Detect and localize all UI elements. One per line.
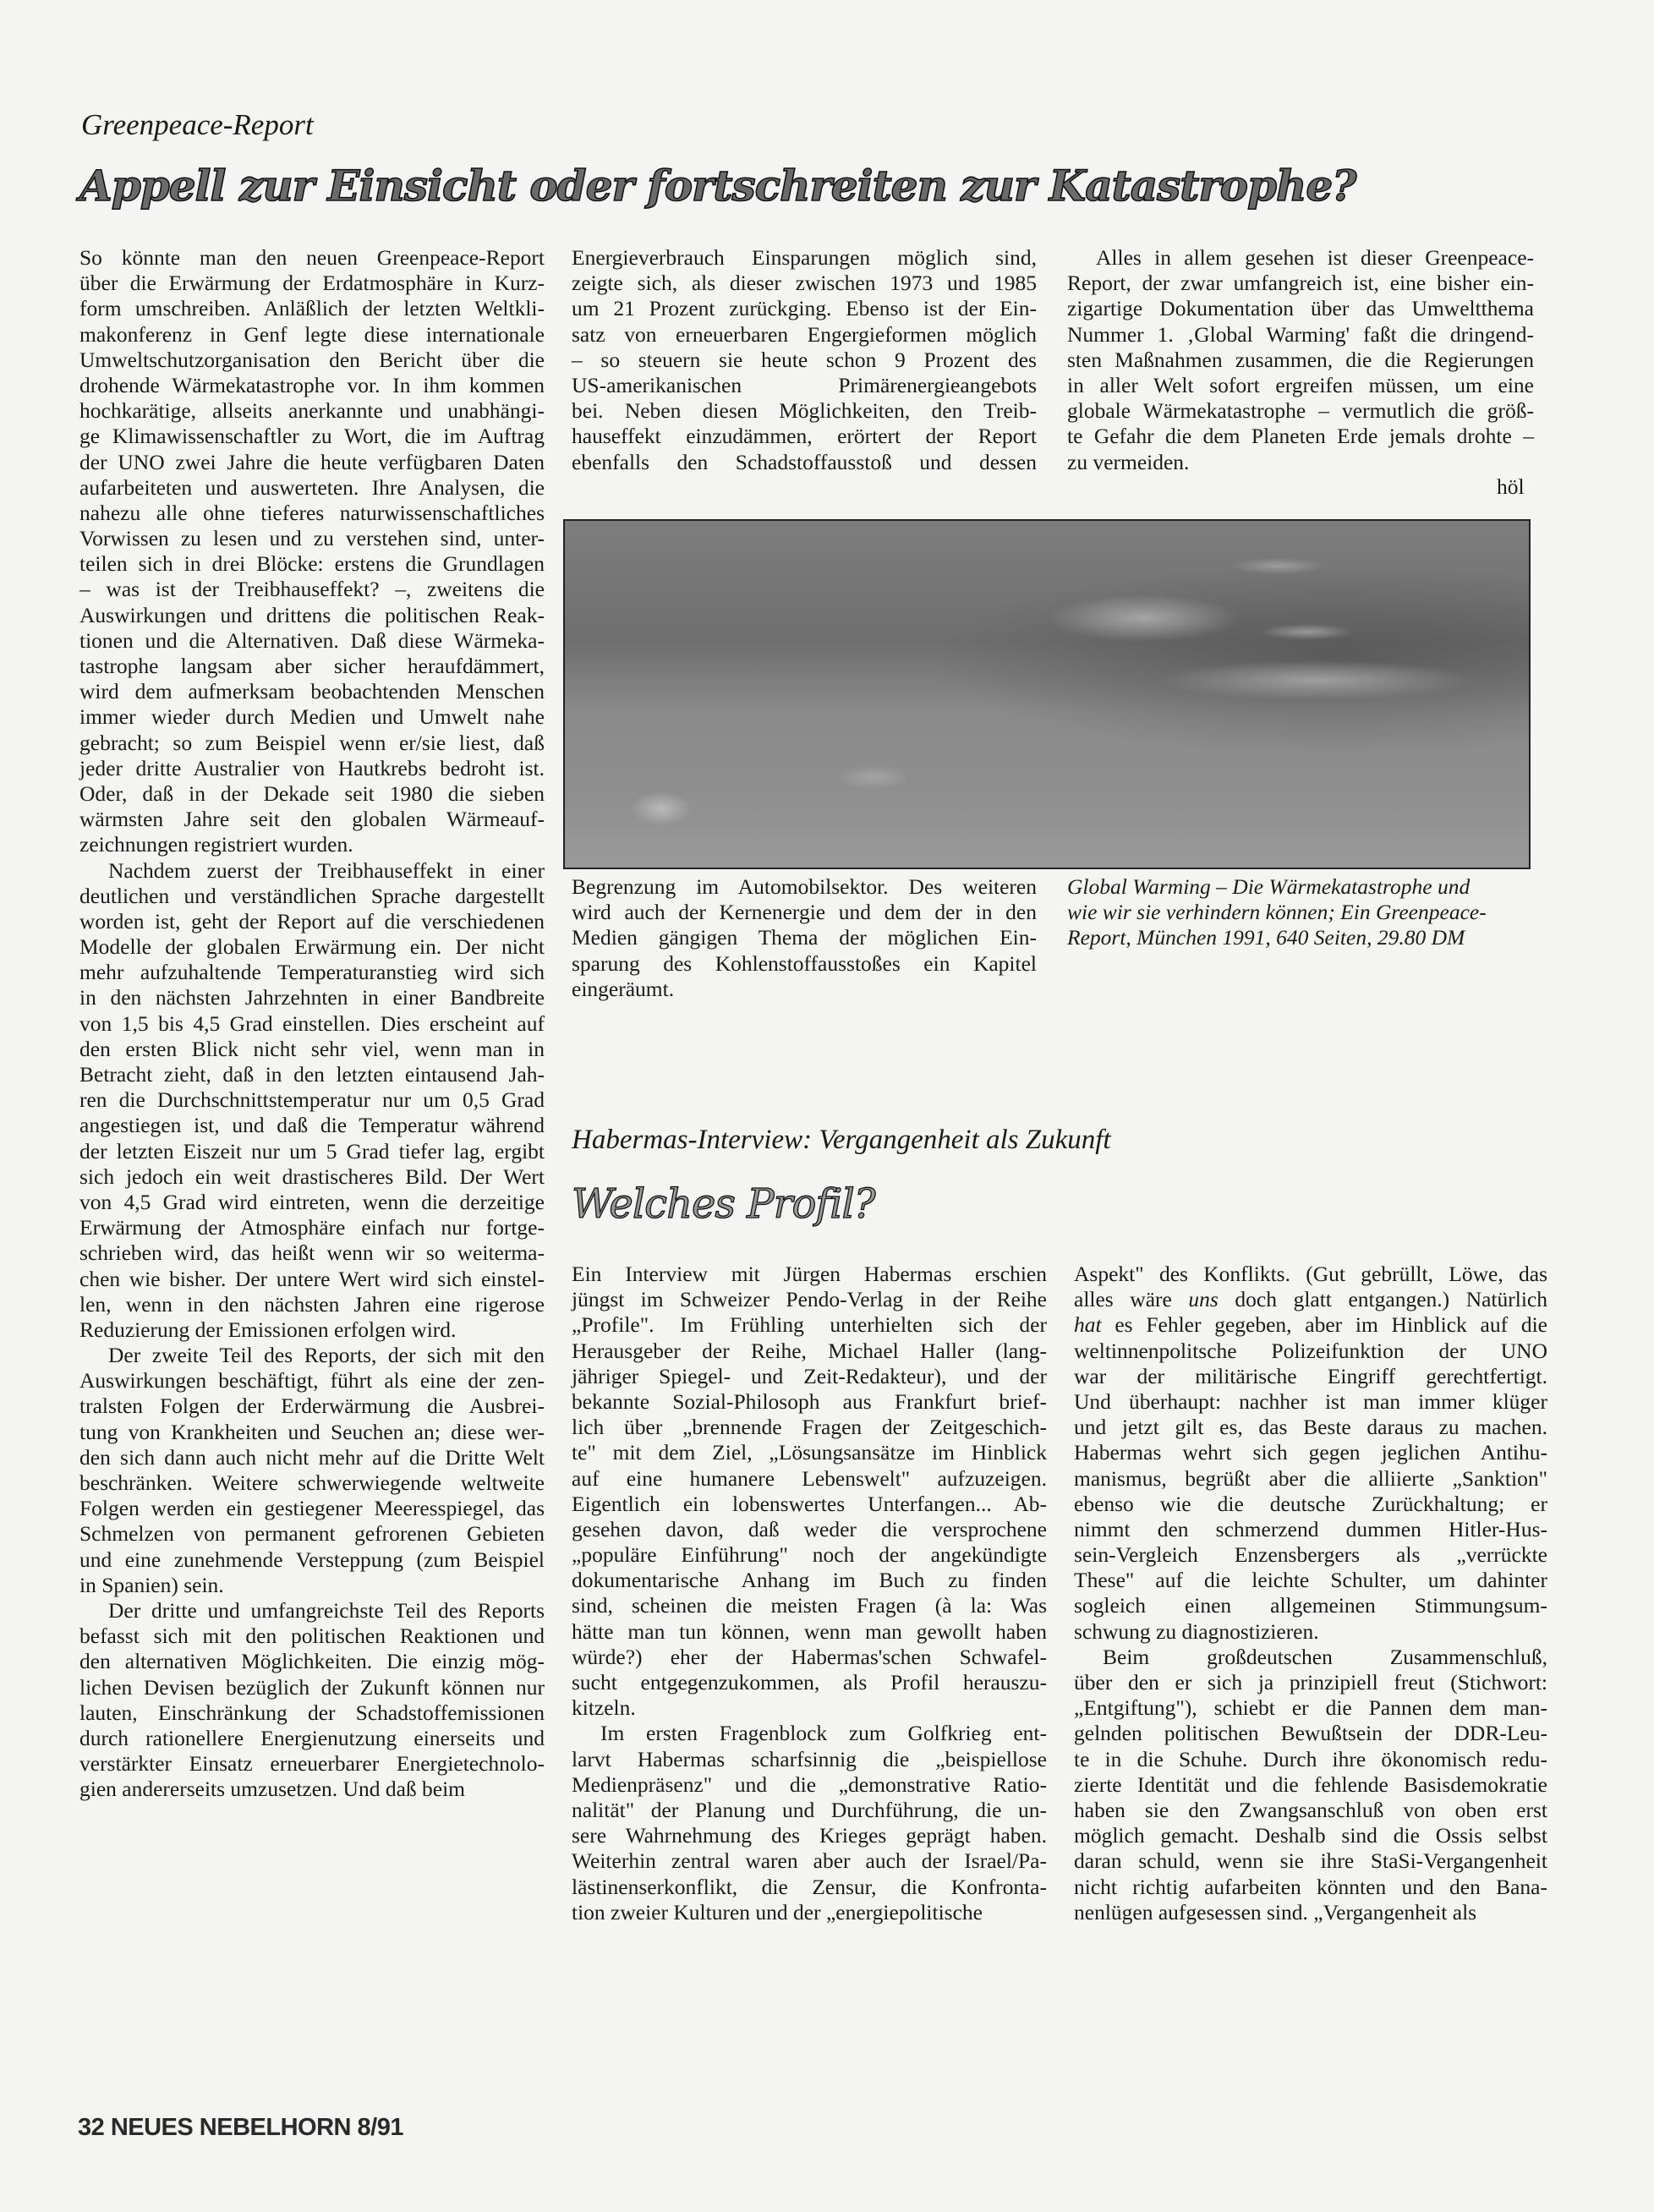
text-line: tralsten Folgen der Erderwärmung die Aus…	[79, 1393, 545, 1419]
text-line: sind, scheinen die meisten Fragen (à la:…	[572, 1593, 1047, 1618]
text-line: bekannte Sozial-Philosoph aus Frankfurt …	[572, 1389, 1047, 1415]
text-line: „Entgiftung"), schiebt er die Pannen dem…	[1074, 1695, 1547, 1721]
text-line: sere Wahrnehmung des Krieges geprägt hab…	[572, 1823, 1047, 1848]
text-line: Nummer 1. ‚Global Warming' faßt die drin…	[1067, 322, 1534, 348]
text-line: te in die Schuhe. Durch ihre ökonomisch …	[1074, 1747, 1547, 1772]
text-line: Reduzierung der Emissionen erfolgen wird…	[79, 1317, 545, 1343]
caption-line: Report, München 1991, 640 Seiten, 29.80 …	[1067, 925, 1541, 950]
text-line: sten Maßnahmen zusammen, die die Regieru…	[1067, 348, 1534, 373]
text-line: würde?) eher der Habermas'schen Schwafel…	[572, 1645, 1047, 1670]
text-line: den sich dann auch nicht mehr auf die Dr…	[79, 1445, 545, 1470]
text-line: in aller Welt sofort ergreifen müssen, u…	[1067, 373, 1534, 398]
text-line: nahezu alle ohne tieferes naturwissensch…	[79, 501, 545, 526]
text-line: Beim großdeutschen Zusammenschluß,	[1074, 1645, 1547, 1670]
text-line: manismus, begrüßt aber die alliierte „Sa…	[1074, 1466, 1547, 1492]
text-line: durch rationellere Energienutzung einers…	[79, 1726, 545, 1751]
text-line: dokumentarische Anhang im Buch zu finden	[572, 1568, 1047, 1593]
text-line: nalität" der Planung und Durchführung, d…	[572, 1798, 1047, 1823]
text-line: chen wie bisher. Der untere Wert wird si…	[79, 1267, 545, 1292]
author-initials: höl	[1497, 474, 1525, 500]
text-line: tionen und die Alternativen. Daß diese W…	[79, 628, 545, 654]
article1-column-3-top: Alles in allem gesehen ist dieser Greenp…	[1067, 245, 1534, 475]
text-line: US-amerikanischen Primärenergieangebots	[572, 373, 1037, 398]
text-line: Alles in allem gesehen ist dieser Greenp…	[1067, 245, 1534, 271]
text-line: schwung zu diagnostizieren.	[1074, 1619, 1547, 1645]
article1-column-1: So könnte man den neuen Greenpeace-Repor…	[79, 245, 545, 1802]
text-line: Energieverbrauch Einsparungen möglich si…	[572, 245, 1037, 271]
text-line: Aspekt" des Konflikts. (Gut gebrüllt, Lö…	[1074, 1262, 1547, 1287]
text-line: sparung des Kohlenstoffausstoßes ein Kap…	[572, 951, 1037, 977]
text-line: deutlichen und verständlichen Sprache da…	[79, 884, 545, 909]
issue-number: 8/91	[358, 2114, 403, 2141]
text-line: Eigentlich ein lobenswertes Unterfangen.…	[572, 1492, 1047, 1517]
text-line: mehr aufzuhaltende Temperaturanstieg wir…	[79, 960, 545, 985]
text-line: larvt Habermas scharfsinnig die „beispie…	[572, 1747, 1047, 1772]
text-line: nicht richtig aufarbeiten könnten und de…	[1074, 1875, 1547, 1900]
text-line: globale Wärmekatastrophe – vermutlich di…	[1067, 398, 1534, 424]
text-line: auf eine humanere Lebenswelt" aufzuzeige…	[572, 1466, 1047, 1492]
text-line: Medienpräsenz" und die „demonstrative Ra…	[572, 1772, 1047, 1798]
text-line: wärmsten Jahre seit den globalen Wärmeau…	[79, 807, 545, 832]
text-line: angestiegen ist, und daß die Temperatur …	[79, 1113, 545, 1138]
text-line: Ein Interview mit Jürgen Habermas erschi…	[572, 1262, 1047, 1287]
text-line: te" mit dem Ziel, „Lösungsansätze im Hin…	[572, 1440, 1047, 1465]
text-line: len, wenn in den nächsten Jahren eine ri…	[79, 1292, 545, 1317]
text-line: jähriger Spiegel- und Zeit-Redakteur), u…	[572, 1364, 1047, 1389]
text-line: makonferenz in Genf legte diese internat…	[79, 322, 545, 348]
text-line: lich über „brennende Fragen der Zeitgesc…	[572, 1415, 1047, 1440]
text-line: Der zweite Teil des Reports, der sich mi…	[79, 1343, 545, 1368]
article1-kicker: Greenpeace-Report	[81, 108, 314, 142]
text-line: zierte Identität und die fehlende Basisd…	[1074, 1772, 1547, 1798]
text-line: über die Erwärmung der Erdatmosphäre in …	[79, 271, 545, 296]
text-line: Betracht zieht, daß in den letzten einta…	[79, 1062, 545, 1087]
magazine-name: NEUES NEBELHORN	[111, 2114, 351, 2141]
text-line: lästinenserkonflikt, die Zensur, die Kon…	[572, 1875, 1047, 1900]
text-line: war der militärische Eingriff gerechtfer…	[1074, 1364, 1547, 1389]
text-line: zeichnungen registriert wurden.	[79, 832, 545, 857]
text-line: der UNO zwei Jahre die heute verfügbaren…	[79, 450, 545, 475]
text-line: eingeräumt.	[572, 977, 1037, 1002]
text-line: Auswirkungen und drittens die politische…	[79, 603, 545, 628]
text-line: jüngst im Schweizer Pendo-Verlag in der …	[572, 1287, 1047, 1312]
article1-headline: Appell zur Einsicht oder fortschreiten z…	[79, 161, 1356, 211]
text-line: hauseffekt einzudämmen, erörtert der Rep…	[572, 424, 1037, 449]
text-line: ebenso wie die deutsche Zurückhaltung; e…	[1074, 1492, 1547, 1517]
text-line: weltinnenpolitsche Polizeifunktion der U…	[1074, 1339, 1547, 1364]
text-line: – was ist der Treibhauseffekt? –, zweite…	[79, 577, 545, 602]
text-line: Modelle der globalen Erwärmung ein. Der …	[79, 934, 545, 960]
text-line: tastrophe langsam aber sicher heraufdämm…	[79, 654, 545, 679]
text-line: in Spanien) sein.	[79, 1573, 545, 1598]
text-line: nenlügen aufgesessen sind. „Vergangenhei…	[1074, 1900, 1547, 1925]
text-line: sich jedoch ein weit drastischeres Bild.…	[79, 1164, 545, 1190]
text-line: wird dem aufmerksam beobachtenden Mensch…	[79, 679, 545, 704]
text-line: daran schuld, wenn sie ihre StaSi-Vergan…	[1074, 1848, 1547, 1874]
text-line: „Profile". Im Frühling unterhielten sich…	[572, 1312, 1047, 1338]
text-line: satz von erneuerbaren Engergieformen mög…	[572, 322, 1037, 348]
text-line: tung von Krankheiten und Seuchen an; die…	[79, 1420, 545, 1445]
article2-column-2: Ein Interview mit Jürgen Habermas erschi…	[572, 1262, 1047, 1925]
text-line: wird auch der Kernenergie und dem der in…	[572, 900, 1037, 925]
text-line: ge Klimawissenschaftler zu Wort, die im …	[79, 424, 545, 449]
text-line: gelnden politischen Bewußtsein der DDR-L…	[1074, 1721, 1547, 1746]
text-line: Medien gängigen Thema der möglichen Ein-	[572, 925, 1037, 950]
text-line: hat es Fehler gegeben, aber im Hinblick …	[1074, 1312, 1547, 1338]
text-line: drohende Wärmekatastrophe vor. In ihm ko…	[79, 373, 545, 398]
text-line: beschränken. Weitere schwerwiegende welt…	[79, 1470, 545, 1496]
text-line: befasst sich mit den politischen Reaktio…	[79, 1623, 545, 1649]
text-line: Folgen werden ein gestiegener Meeresspie…	[79, 1496, 545, 1521]
text-line: aufarbeiteten und auswerteten. Ihre Anal…	[79, 475, 545, 501]
text-line: zigartige Dokumentation über das Umweltt…	[1067, 296, 1534, 321]
caption-line: Global Warming – Die Wärmekatastrophe un…	[1067, 874, 1541, 900]
text-line: haben sie den Zwangsanschluß von oben er…	[1074, 1798, 1547, 1823]
text-line: Habermas wehrt sich gegen jeglichen Anti…	[1074, 1440, 1547, 1465]
text-line: jeder dritte Australier von Hautkrebs be…	[79, 756, 545, 781]
text-line: Weiterhin zentral waren aber auch der Is…	[572, 1848, 1047, 1874]
article1-column-2-top: Energieverbrauch Einsparungen möglich si…	[572, 245, 1037, 475]
text-line: Im ersten Fragenblock zum Golfkrieg ent-	[572, 1721, 1047, 1746]
text-line: gien andererseits umzusetzen. Und daß be…	[79, 1777, 545, 1802]
text-line: hochkarätige, allseits anerkannte und un…	[79, 398, 545, 424]
text-line: immer wieder durch Medien und Umwelt nah…	[79, 704, 545, 730]
text-line: von 1,5 bis 4,5 Grad einstellen. Dies er…	[79, 1011, 545, 1037]
text-line: verstärkter Einsatz erneuerbarer Energie…	[79, 1751, 545, 1777]
caption-line: wie wir sie verhindern können; Ein Green…	[1067, 900, 1541, 925]
text-line: ebenfalls den Schadstoffausstoß und dess…	[572, 450, 1037, 475]
text-line: den ersten Blick nicht sehr viel, wenn m…	[79, 1037, 545, 1062]
text-line: bei. Neben diesen Möglichkeiten, den Tre…	[572, 398, 1037, 424]
text-line: These" auf die leichte Schulter, um dahi…	[1074, 1568, 1547, 1593]
text-line: und eine zunehmende Versteppung (zum Bei…	[79, 1547, 545, 1573]
text-line: sogleich einen allgemeinen Stimmungsum-	[1074, 1593, 1547, 1618]
text-line: möglich gemacht. Deshalb sind die Ossis …	[1074, 1823, 1547, 1848]
text-line: über den er sich ja prinzipiell freut (S…	[1074, 1670, 1547, 1695]
article2-column-3: Aspekt" des Konflikts. (Gut gebrüllt, Lö…	[1074, 1262, 1547, 1925]
text-line: hätte man tun können, wenn man gewollt h…	[572, 1619, 1047, 1645]
text-line: Der dritte und umfangreichste Teil des R…	[79, 1598, 545, 1623]
text-line: worden ist, geht der Report auf die vers…	[79, 909, 545, 934]
text-line: form umschreiben. Anläßlich der letzten …	[79, 296, 545, 321]
text-line: te Gefahr die dem Planeten Erde jemals d…	[1067, 424, 1534, 449]
text-line: Umweltschutzorganisation den Bericht übe…	[79, 348, 545, 373]
text-line: zeigte sich, als dieser zwischen 1973 un…	[572, 271, 1037, 296]
text-line: Herausgeber der Reihe, Michael Haller (l…	[572, 1339, 1047, 1364]
text-line: von 4,5 Grad wird eintreten, wenn die de…	[79, 1190, 545, 1215]
text-line: alles wäre uns doch glatt entgangen.) Na…	[1074, 1287, 1547, 1312]
text-line: Erwärmung der Atmosphäre einfach nur for…	[79, 1215, 545, 1240]
text-line: Auswirkungen beschäftigt, führt als eine…	[79, 1368, 545, 1393]
page-number: 32	[78, 2114, 104, 2141]
text-line: ren die Durchschnittstemperatur nur um 0…	[79, 1087, 545, 1113]
text-line: So könnte man den neuen Greenpeace-Repor…	[79, 245, 545, 271]
text-line: sucht entgegenzukommen, als Profil herau…	[572, 1670, 1047, 1695]
text-line: Nachdem zuerst der Treibhauseffekt in ei…	[79, 858, 545, 884]
book-info-caption: Global Warming – Die Wärmekatastrophe un…	[1067, 874, 1541, 951]
text-line: nimmt den schmerzend dummen Hitler-Hus-	[1074, 1517, 1547, 1542]
text-line: schrieben wird, das heißt wenn wir so we…	[79, 1240, 545, 1266]
article2-kicker: Habermas-Interview: Vergangenheit als Zu…	[572, 1125, 1111, 1156]
text-line: lichen Devisen bezüglich der Zukunft kön…	[79, 1675, 545, 1700]
text-line: Vorwissen zu lesen und zu verstehen sind…	[79, 526, 545, 551]
text-line: sein-Vergleich Enzensbergers als „verrüc…	[1074, 1542, 1547, 1568]
text-line: den alternativen Möglichkeiten. Die einz…	[79, 1649, 545, 1674]
text-line: der letzten Eiszeit nur um 5 Grad tiefer…	[79, 1139, 545, 1164]
text-line: kitzeln.	[572, 1695, 1047, 1721]
text-line: und jetzt gilt es, das Beste daraus zu m…	[1074, 1415, 1547, 1440]
text-line: um 21 Prozent zurückging. Ebenso ist der…	[572, 296, 1037, 321]
text-line: tion zweier Kulturen und der „energiepol…	[572, 1900, 1047, 1925]
text-line: – so steuern sie heute schon 9 Prozent d…	[572, 348, 1037, 373]
text-line: Schmelzen von permanent gefrorenen Gebie…	[79, 1521, 545, 1547]
text-line: gesehen davon, daß weder die versprochen…	[572, 1517, 1047, 1542]
article1-column-2-bottom: Begrenzung im Automobilsektor. Des weite…	[572, 874, 1037, 1002]
text-line: Oder, daß in der Dekade seit 1980 die si…	[79, 781, 545, 807]
page-footer: 32 NEUES NEBELHORN 8/91	[78, 2114, 403, 2142]
text-line: „populäre Einführung" noch der angekündi…	[572, 1542, 1047, 1568]
text-line: teilen sich in drei Blöcke: erstens die …	[79, 551, 545, 577]
article2-headline: Welches Profil?	[572, 1180, 875, 1228]
text-line: gebracht; so zum Beispiel wenn er/sie li…	[79, 731, 545, 756]
text-line: Begrenzung im Automobilsektor. Des weite…	[572, 874, 1037, 900]
text-line: lauten, Einschränkung der Schadstoffemis…	[79, 1700, 545, 1726]
text-line: in den nächsten Jahrzehnten in einer Ban…	[79, 985, 545, 1010]
text-line: Report, der zwar umfangreich ist, eine b…	[1067, 271, 1534, 296]
article-photo-flood-landscape	[563, 519, 1531, 869]
text-line: zu vermeiden.	[1067, 450, 1534, 475]
text-line: Und überhaupt: nachher ist man immer klü…	[1074, 1389, 1547, 1415]
